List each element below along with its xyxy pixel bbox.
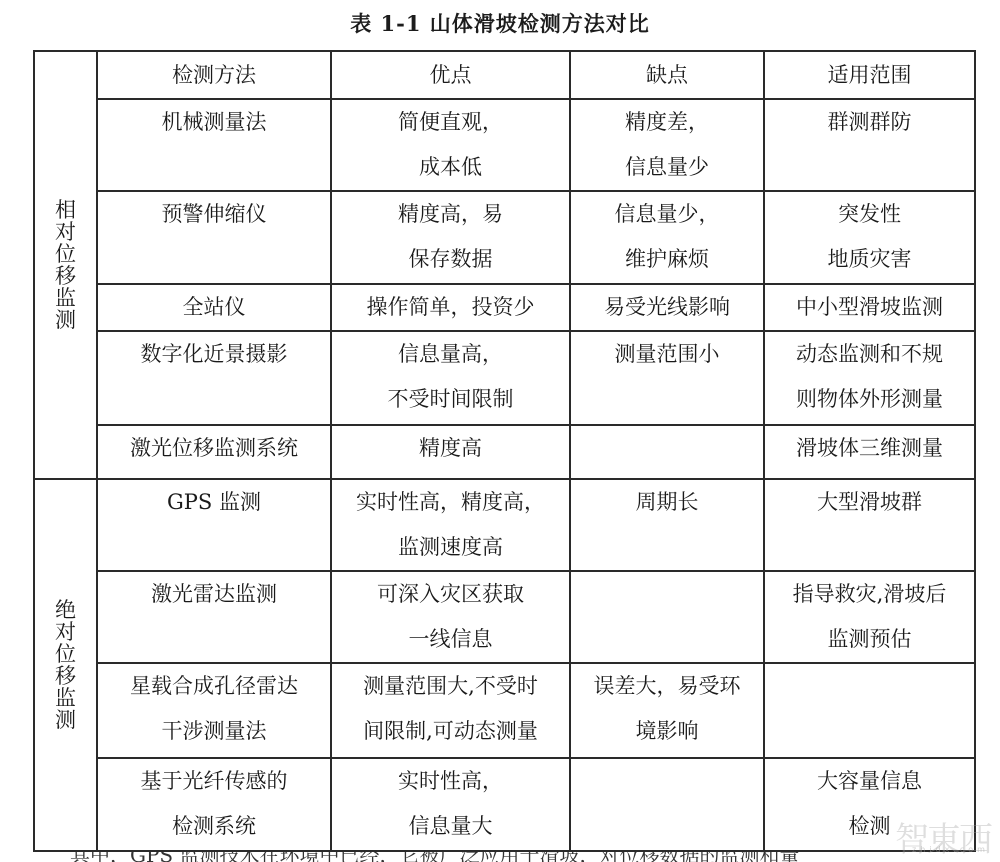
table-row: 激光位移监测系统精度高滑坡体三维测量 [34, 425, 975, 479]
group-label-relative: 相对位移监测 [34, 51, 97, 479]
cell-pros: 实时性高，信息量大 [331, 758, 570, 851]
header-scope: 适用范围 [764, 51, 975, 99]
cell-text-line: 群测群防 [769, 100, 970, 145]
cell-text-line: 误差大，易受环 [575, 664, 759, 709]
cell-scope [764, 663, 975, 758]
cell-text-line: 干涉测量法 [102, 709, 326, 754]
cell-text-line: 精度高，易 [336, 192, 565, 237]
cell-text-line: 实时性高， [336, 759, 565, 804]
cell-text-line: 滑坡体三维测量 [769, 426, 970, 471]
cell-text-line: 境影响 [575, 709, 759, 754]
cell-text-line: 间限制,可动态测量 [336, 709, 565, 754]
cell-pros: 实时性高，精度高，监测速度高 [331, 479, 570, 571]
cell-cons: 信息量少，维护麻烦 [570, 191, 764, 284]
cell-text-line: 中小型滑坡监测 [769, 285, 970, 330]
table-caption: 表 1-1 山体滑坡检测方法对比 [0, 8, 1000, 38]
cell-scope: 滑坡体三维测量 [764, 425, 975, 479]
cell-method: 激光雷达监测 [97, 571, 331, 663]
cell-text-line: 周期长 [575, 480, 759, 525]
cell-text-line: 简便直观， [336, 100, 565, 145]
cell-text-line: 信息量高， [336, 332, 565, 377]
cell-text-line: 地质灾害 [769, 237, 970, 282]
cell-scope: 指导救灾,滑坡后监测预估 [764, 571, 975, 663]
cell-method: 全站仪 [97, 284, 331, 331]
cell-scope: 群测群防 [764, 99, 975, 191]
cell-scope: 大型滑坡群 [764, 479, 975, 571]
cell-text-line: 突发性 [769, 192, 970, 237]
cell-text-line: 基于光纤传感的 [102, 759, 326, 804]
cell-text-line: 数字化近景摄影 [102, 332, 326, 377]
cell-text-line: 动态监测和不规 [769, 332, 970, 377]
cell-text-line: 易受光线影响 [575, 285, 759, 330]
comparison-table: 相对位移监测 检测方法 优点 缺点 适用范围 机械测量法简便直观，成本低精度差，… [33, 50, 976, 852]
cell-text-line: 大容量信息 [769, 759, 970, 804]
cell-text-line: 信息量少 [575, 145, 759, 190]
group-label-text: 绝对位移监测 [54, 599, 78, 731]
cell-text-line: 保存数据 [336, 237, 565, 282]
table-row: 基于光纤传感的检测系统实时性高，信息量大大容量信息检测 [34, 758, 975, 851]
cell-text-line: 激光位移监测系统 [102, 426, 326, 471]
cell-text-line: 监测速度高 [336, 525, 565, 570]
cell-text-line: 信息量少， [575, 192, 759, 237]
cell-text-line: 星载合成孔径雷达 [102, 664, 326, 709]
cell-text-line: 机械测量法 [102, 100, 326, 145]
cell-text-line: 测量范围大,不受时 [336, 664, 565, 709]
cell-cons: 误差大，易受环境影响 [570, 663, 764, 758]
cell-pros: 精度高 [331, 425, 570, 479]
cell-pros: 信息量高，不受时间限制 [331, 331, 570, 425]
cell-text-line: 测量范围小 [575, 332, 759, 377]
table-row: 全站仪操作简单，投资少易受光线影响中小型滑坡监测 [34, 284, 975, 331]
cell-text-line: 预警伸缩仪 [102, 192, 326, 237]
cell-text-line: 一线信息 [336, 617, 565, 662]
header-row: 相对位移监测 检测方法 优点 缺点 适用范围 [34, 51, 975, 99]
cell-scope: 动态监测和不规则物体外形测量 [764, 331, 975, 425]
cell-cons [570, 425, 764, 479]
header-pros: 优点 [331, 51, 570, 99]
cell-text-line: 全站仪 [102, 285, 326, 330]
cell-method: GPS 监测 [97, 479, 331, 571]
group-label-absolute: 绝对位移监测 [34, 479, 97, 851]
cell-text-line: 可深入灾区获取 [336, 572, 565, 617]
cell-cons: 精度差，信息量少 [570, 99, 764, 191]
group-label-text: 相对位移监测 [54, 199, 78, 331]
cell-pros: 操作简单，投资少 [331, 284, 570, 331]
cell-cons: 测量范围小 [570, 331, 764, 425]
cell-text-line: 大型滑坡群 [769, 480, 970, 525]
cell-text-line: 精度差， [575, 100, 759, 145]
cell-pros: 精度高，易保存数据 [331, 191, 570, 284]
cell-method: 机械测量法 [97, 99, 331, 191]
cell-pros: 可深入灾区获取一线信息 [331, 571, 570, 663]
table-row: 激光雷达监测可深入灾区获取一线信息指导救灾,滑坡后监测预估 [34, 571, 975, 663]
cell-pros: 测量范围大,不受时间限制,可动态测量 [331, 663, 570, 758]
cell-text-line: 精度高 [336, 426, 565, 471]
cell-text-line: 则物体外形测量 [769, 377, 970, 422]
footer-text-cutoff: 其中，GPS 监测技术在环境中已经，它被广泛应用于滑坡，对位移数据的监测和量 [70, 852, 990, 862]
cell-cons: 周期长 [570, 479, 764, 571]
cell-cons [570, 571, 764, 663]
cell-method: 基于光纤传感的检测系统 [97, 758, 331, 851]
table-row: 数字化近景摄影信息量高，不受时间限制测量范围小动态监测和不规则物体外形测量 [34, 331, 975, 425]
cell-text-line: 不受时间限制 [336, 377, 565, 422]
cell-cons [570, 758, 764, 851]
cell-text-line: 维护麻烦 [575, 237, 759, 282]
cell-text-line: 监测预估 [769, 617, 970, 662]
table-row: 预警伸缩仪精度高，易保存数据信息量少，维护麻烦突发性地质灾害 [34, 191, 975, 284]
cell-text-line: 信息量大 [336, 804, 565, 849]
cell-text-line: 成本低 [336, 145, 565, 190]
cell-method: 预警伸缩仪 [97, 191, 331, 284]
cell-method: 激光位移监测系统 [97, 425, 331, 479]
cell-scope: 中小型滑坡监测 [764, 284, 975, 331]
cell-scope: 突发性地质灾害 [764, 191, 975, 284]
cell-method: 数字化近景摄影 [97, 331, 331, 425]
cell-text-line: GPS 监测 [102, 480, 326, 525]
cell-text-line: 检测系统 [102, 804, 326, 849]
cell-method: 星载合成孔径雷达干涉测量法 [97, 663, 331, 758]
header-cons: 缺点 [570, 51, 764, 99]
table-row: 绝对位移监测GPS 监测实时性高，精度高，监测速度高周期长大型滑坡群 [34, 479, 975, 571]
header-method: 检测方法 [97, 51, 331, 99]
cell-text-line: 激光雷达监测 [102, 572, 326, 617]
cell-text-line: 实时性高，精度高， [336, 480, 565, 525]
table-row: 星载合成孔径雷达干涉测量法测量范围大,不受时间限制,可动态测量误差大，易受环境影… [34, 663, 975, 758]
table-row: 机械测量法简便直观，成本低精度差，信息量少群测群防 [34, 99, 975, 191]
cell-pros: 简便直观，成本低 [331, 99, 570, 191]
cell-text-line: 指导救灾,滑坡后 [769, 572, 970, 617]
cell-cons: 易受光线影响 [570, 284, 764, 331]
cell-text-line: 操作简单，投资少 [336, 285, 565, 330]
